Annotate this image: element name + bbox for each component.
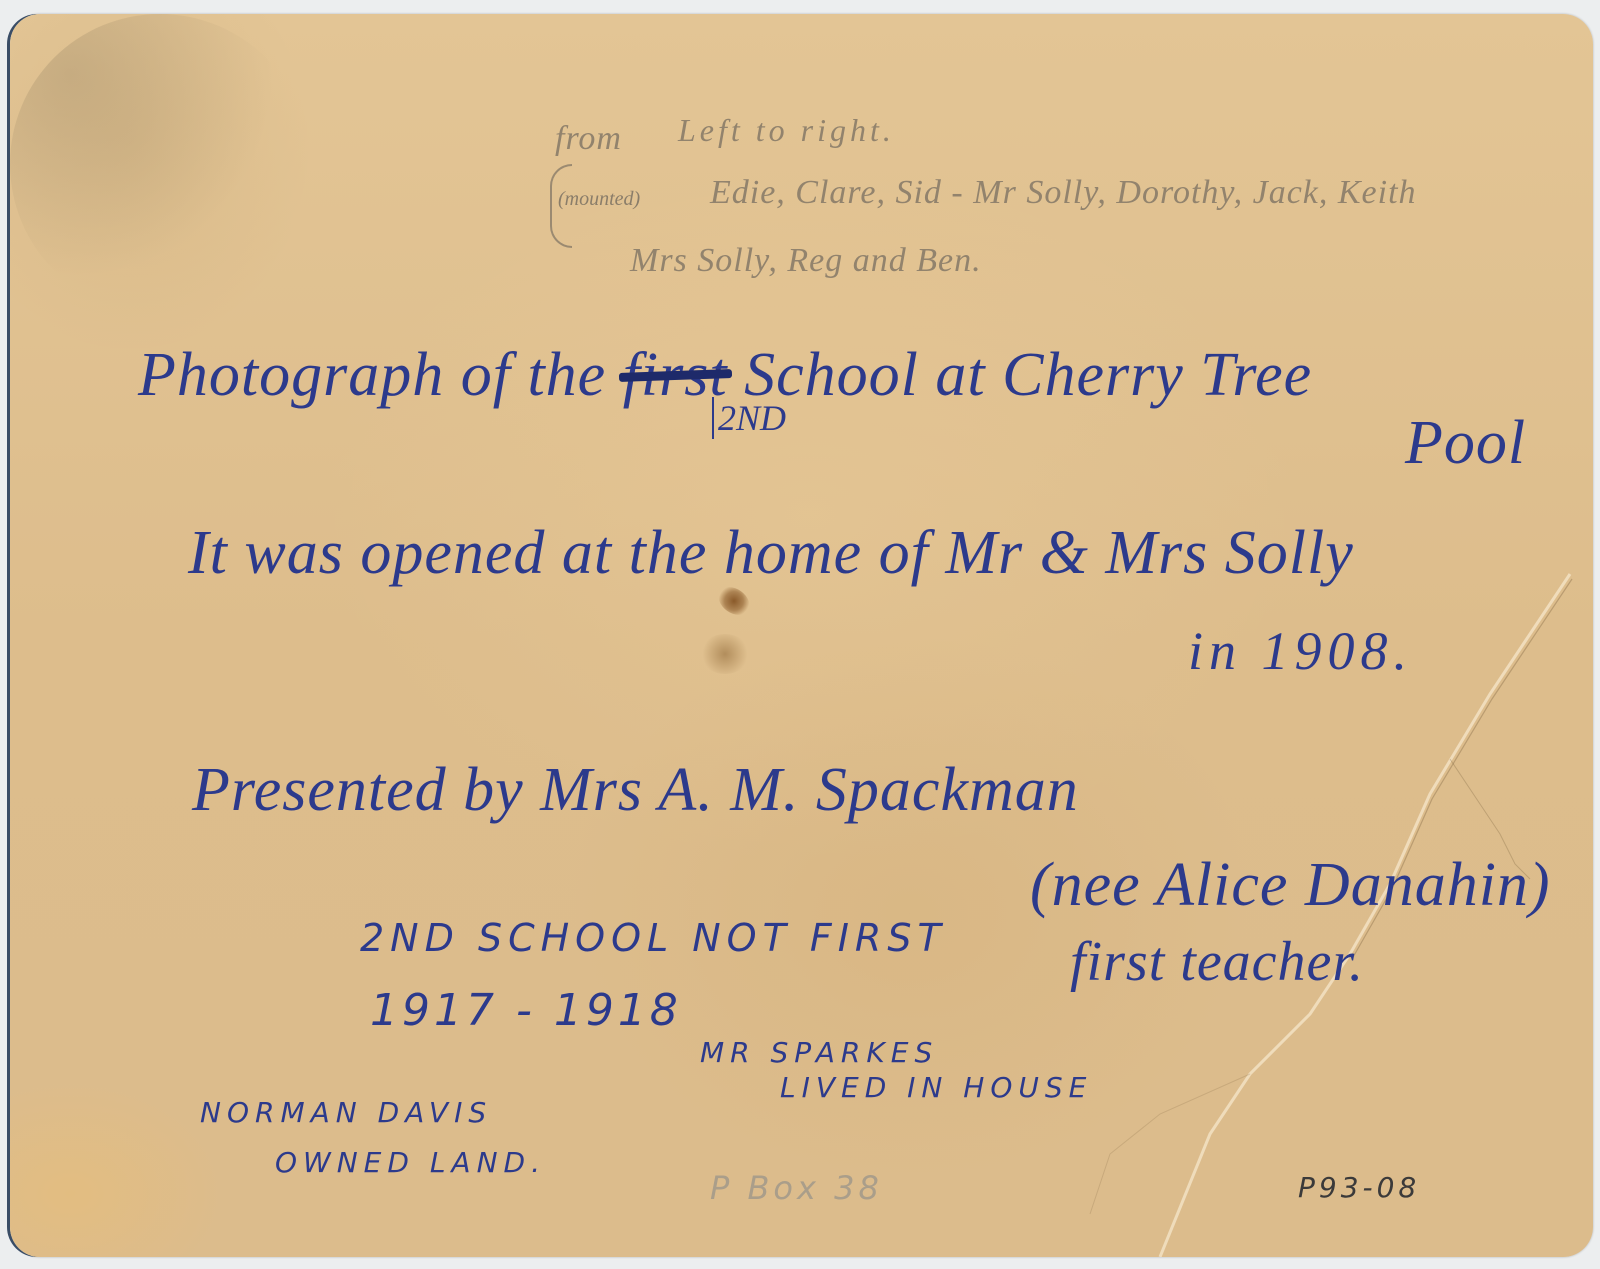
main-text-line1-continuation: Pool xyxy=(1405,412,1526,474)
davis-note-line1: NORMAN DAVIS xyxy=(200,1099,492,1127)
scan-background: from Left to right. (mounted) Edie, Clar… xyxy=(0,0,1600,1269)
ink-blot-stain xyxy=(713,581,755,620)
photograph-back-card: from Left to right. (mounted) Edie, Clar… xyxy=(10,14,1593,1257)
davis-note-line2: OWNED LAND. xyxy=(275,1149,546,1177)
main-text-line1-before: Photograph of the xyxy=(138,341,606,409)
nee-name-line: (nee Alice Danahin) xyxy=(1030,854,1551,916)
sparkes-note-line2: LIVED IN HOUSE xyxy=(780,1074,1092,1102)
years-note: 1917 - 1918 xyxy=(370,989,682,1033)
edge-speckle-stain xyxy=(10,14,310,314)
inserted-word-2nd: 2ND xyxy=(712,397,786,439)
pencil-caption-names-row2: Mrs Solly, Reg and Ben. xyxy=(630,244,982,278)
item-reference-number: P93-08 xyxy=(1298,1174,1420,1202)
main-text-line2-continuation: in 1908. xyxy=(1188,624,1413,678)
presented-by-line: Presented by Mrs A. M. Spackman xyxy=(192,759,1079,821)
first-teacher-note: first teacher. xyxy=(1070,934,1364,990)
ink-smudge-stain xyxy=(700,634,750,674)
box-reference-mark: P Box 38 xyxy=(710,1172,883,1204)
main-text-line2: It was opened at the home of Mr & Mrs So… xyxy=(188,522,1354,584)
second-school-note: 2ND SCHOOL NOT FIRST xyxy=(360,919,947,957)
mounted-label: (mounted) xyxy=(558,188,640,211)
pencil-caption-left-to-right: Left to right. xyxy=(678,114,895,146)
pencil-caption-from: from xyxy=(555,122,622,156)
main-text-line1-after: School at Cherry Tree xyxy=(744,341,1312,409)
pencil-caption-names-row1: Edie, Clare, Sid - Mr Solly, Dorothy, Ja… xyxy=(710,176,1417,210)
sparkes-note-line1: MR SPARKES xyxy=(700,1039,938,1067)
